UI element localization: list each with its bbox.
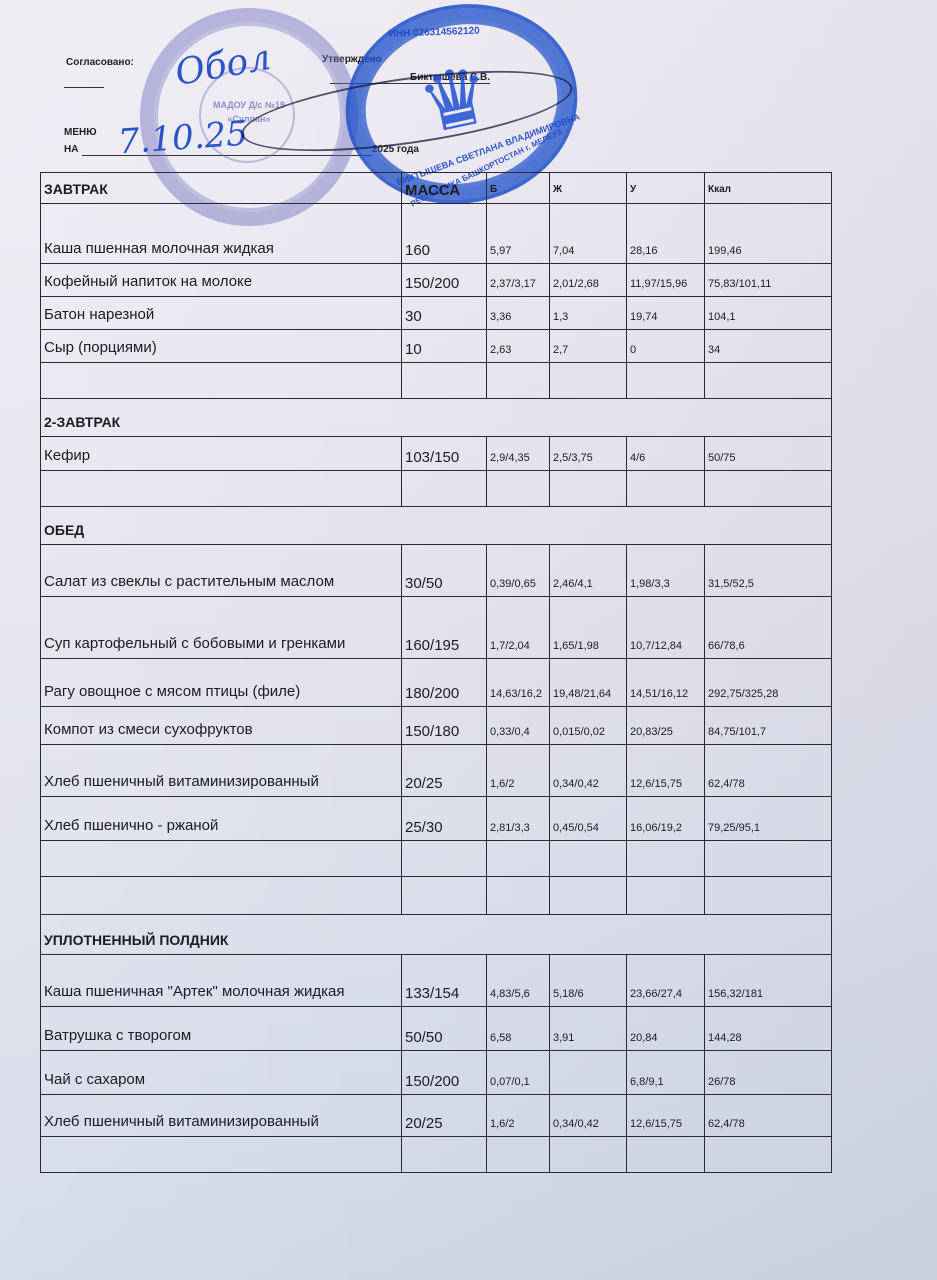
dish-name: Сыр (порциями) [41,330,401,362]
cell-b: 2,37/3,17 [486,264,549,296]
table-row: Компот из смеси сухофруктов150/1800,33/0… [40,707,832,745]
cell-u [626,877,704,914]
agreed-label: Согласовано: [66,57,134,68]
dish-name: Салат из свеклы с растительным маслом [41,545,401,596]
cell-mass: 160/195 [401,597,486,658]
cell-u: 10,7/12,84 [626,597,704,658]
dish-name: Хлеб пшенично - ржаной [41,797,401,840]
cell-zh [549,1137,626,1172]
section-header-row: 2-ЗАВТРАК [40,399,832,437]
cell-b: 2,9/4,35 [486,437,549,470]
cell-zh: 0,34/0,42 [549,745,626,796]
cell-kcal: 62,4/78 [704,745,833,796]
dish-name: Хлеб пшеничный витаминизированный [41,745,401,796]
cell-u [626,1137,704,1172]
cell-mass: 50/50 [401,1007,486,1050]
cell-mass [401,471,486,506]
cell-zh [549,841,626,876]
cell-zh: 7,04 [549,204,626,263]
empty-row [40,1137,832,1173]
section-header-row: ЗАВТРАКМАССАБЖУКкал [40,172,832,204]
cell-b: 1,7/2,04 [486,597,549,658]
cell-mass: 20/25 [401,1095,486,1136]
cell-mass: 160 [401,204,486,263]
cell-b: 14,63/16,2 [486,659,549,706]
cell-u [626,363,704,398]
cell-kcal: 156,32/181 [704,955,833,1006]
cell-mass: 25/30 [401,797,486,840]
section-title: ЗАВТРАК [44,181,108,197]
dish-name: Батон нарезной [41,297,401,329]
cell-b: 1,6/2 [486,745,549,796]
cell-kcal [704,363,833,398]
table-row: Сыр (порциями)102,632,7034 [40,330,832,363]
cell-u: 0 [626,330,704,362]
cell-zh [549,1051,626,1094]
cell-b: 2,81/3,3 [486,797,549,840]
cell-b [486,877,549,914]
column-header: Ккал [704,173,833,203]
cell-kcal: 66/78,6 [704,597,833,658]
cell-mass: 180/200 [401,659,486,706]
cell-u: 4/6 [626,437,704,470]
cell-mass [401,363,486,398]
cell-mass [401,841,486,876]
section-title: 2-ЗАВТРАК [44,414,120,430]
column-header: У [626,173,704,203]
cell-zh: 1,65/1,98 [549,597,626,658]
cell-kcal: 292,75/325,28 [704,659,833,706]
cell-kcal: 26/78 [704,1051,833,1094]
cell-u: 28,16 [626,204,704,263]
table-row: Хлеб пшеничный витаминизированный20/251,… [40,745,832,797]
dish-name: Рагу овощное с мясом птицы (филе) [41,659,401,706]
cell-b: 4,83/5,6 [486,955,549,1006]
menu-label: МЕНЮ [64,127,97,138]
table-row: Хлеб пшенично - ржаной25/302,81/3,30,45/… [40,797,832,841]
agreed-signature-line [64,87,104,88]
cell-kcal [704,841,833,876]
table-row: Чай с сахаром150/2000,07/0,16,8/9,126/78 [40,1051,832,1095]
cell-u: 6,8/9,1 [626,1051,704,1094]
dish-name: Ватрушка с творогом [41,1007,401,1050]
cell-zh: 2,01/2,68 [549,264,626,296]
table-row: Каша пшенная молочная жидкая1605,977,042… [40,204,832,264]
table-row: Кофейный напиток на молоке150/2002,37/3,… [40,264,832,297]
cell-b [486,1137,549,1172]
table-row: Каша пшеничная "Артек" молочная жидкая13… [40,955,832,1007]
cell-u [626,841,704,876]
table-row: Хлеб пшеничный витаминизированный20/251,… [40,1095,832,1137]
cell-mass: 150/200 [401,264,486,296]
cell-zh: 0,015/0,02 [549,707,626,744]
cell-b: 1,6/2 [486,1095,549,1136]
table-row: Рагу овощное с мясом птицы (филе)180/200… [40,659,832,707]
empty-row [40,841,832,877]
cell-mass [401,877,486,914]
cell-b: 0,39/0,65 [486,545,549,596]
table-row: Кефир103/1502,9/4,352,5/3,754/650/75 [40,437,832,471]
cell-kcal: 84,75/101,7 [704,707,833,744]
dish-name: Каша пшенная молочная жидкая [41,204,401,263]
cell-mass: 150/180 [401,707,486,744]
cell-b: 3,36 [486,297,549,329]
cell-zh [549,877,626,914]
cell-u [626,471,704,506]
cell-b: 5,97 [486,204,549,263]
dish-name: Суп картофельный с бобовыми и гренками [41,597,401,658]
cell-kcal [704,1137,833,1172]
cell-zh: 3,91 [549,1007,626,1050]
cell-b [486,363,549,398]
empty-row [40,471,832,507]
cell-b [486,841,549,876]
dish-name: Чай с сахаром [41,1051,401,1094]
column-header: Ж [549,173,626,203]
cell-kcal: 199,46 [704,204,833,263]
on-label: НА [64,144,78,155]
cell-u: 12,6/15,75 [626,745,704,796]
cell-b [486,471,549,506]
section-header-row: ОБЕД [40,507,832,545]
column-header: Б [486,173,549,203]
table-row: Суп картофельный с бобовыми и гренками16… [40,597,832,659]
cell-mass [401,1137,486,1172]
cell-u: 11,97/15,96 [626,264,704,296]
cell-u: 14,51/16,12 [626,659,704,706]
cell-zh: 0,45/0,54 [549,797,626,840]
cell-zh: 2,46/4,1 [549,545,626,596]
cell-kcal: 75,83/101,11 [704,264,833,296]
cell-kcal: 50/75 [704,437,833,470]
cell-b: 2,63 [486,330,549,362]
cell-u: 20,84 [626,1007,704,1050]
cell-b: 0,07/0,1 [486,1051,549,1094]
empty-row [40,877,832,915]
dish-name [41,363,401,398]
table-row: Ватрушка с творогом50/506,583,9120,84144… [40,1007,832,1051]
dish-name: Каша пшеничная "Артек" молочная жидкая [41,955,401,1006]
cell-mass: 20/25 [401,745,486,796]
cell-u: 19,74 [626,297,704,329]
cell-kcal [704,877,833,914]
cell-b: 6,58 [486,1007,549,1050]
cell-zh: 1,3 [549,297,626,329]
table-row: Батон нарезной303,361,319,74104,1 [40,297,832,330]
cell-u: 16,06/19,2 [626,797,704,840]
cell-zh: 5,18/6 [549,955,626,1006]
cell-kcal: 79,25/95,1 [704,797,833,840]
cell-u: 12,6/15,75 [626,1095,704,1136]
dish-name: Компот из смеси сухофруктов [41,707,401,744]
cell-mass: 30 [401,297,486,329]
section-title: УПЛОТНЕННЫЙ ПОЛДНИК [44,932,228,948]
cell-zh [549,363,626,398]
dish-name [41,471,401,506]
cell-kcal: 104,1 [704,297,833,329]
cell-zh: 2,5/3,75 [549,437,626,470]
cell-kcal [704,471,833,506]
cell-kcal: 62,4/78 [704,1095,833,1136]
cell-kcal: 31,5/52,5 [704,545,833,596]
dish-name: Кофейный напиток на молоке [41,264,401,296]
dish-name: Кефир [41,437,401,470]
cell-mass: 30/50 [401,545,486,596]
dish-name: Хлеб пшеничный витаминизированный [41,1095,401,1136]
section-header-row: УПЛОТНЕННЫЙ ПОЛДНИК [40,915,832,955]
cell-mass: 103/150 [401,437,486,470]
cell-zh: 19,48/21,64 [549,659,626,706]
cell-zh: 2,7 [549,330,626,362]
stamp-inn: ИНН 026314562120 [388,26,479,40]
cell-u: 23,66/27,4 [626,955,704,1006]
cell-zh: 0,34/0,42 [549,1095,626,1136]
cell-kcal: 34 [704,330,833,362]
section-title: ОБЕД [44,522,84,538]
cell-u: 20,83/25 [626,707,704,744]
dish-name [41,877,401,914]
column-header: МАССА [401,173,486,203]
cell-kcal: 144,28 [704,1007,833,1050]
cell-mass: 133/154 [401,955,486,1006]
dish-name [41,841,401,876]
cell-mass: 150/200 [401,1051,486,1094]
cell-mass: 10 [401,330,486,362]
cell-b: 0,33/0,4 [486,707,549,744]
cell-u: 1,98/3,3 [626,545,704,596]
dish-name [41,1137,401,1172]
cell-zh [549,471,626,506]
empty-row [40,363,832,399]
table-row: Салат из свеклы с растительным маслом30/… [40,545,832,597]
